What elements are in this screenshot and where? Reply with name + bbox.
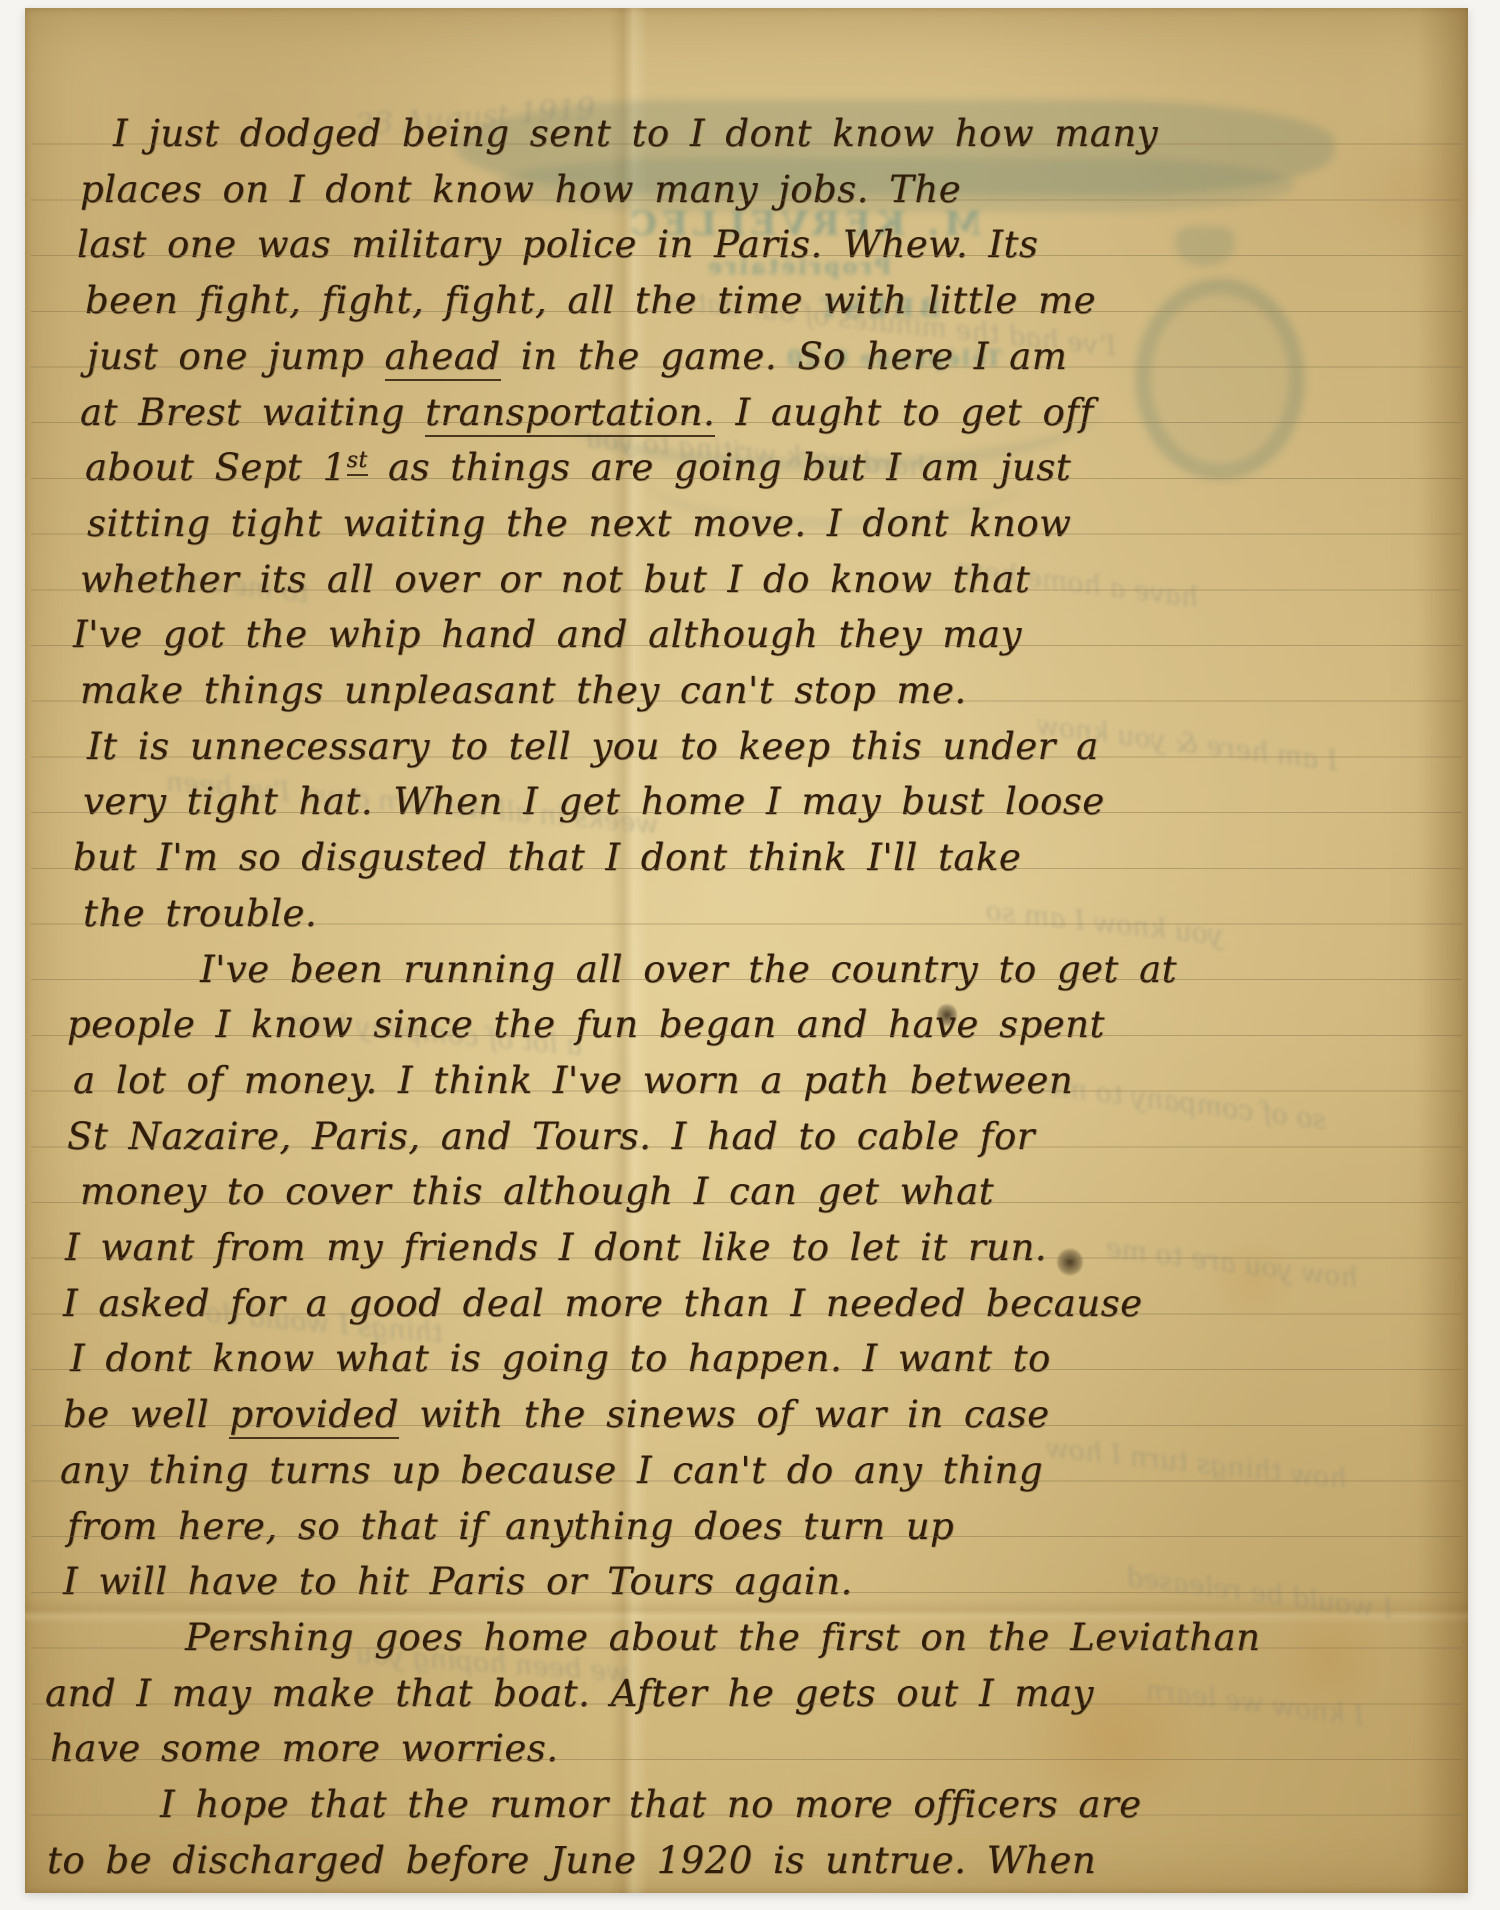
letter-text: been fight, fight, fight, all the time w… (85, 279, 1096, 322)
letter-text: a lot of money. I think I've worn a path… (73, 1059, 1073, 1102)
letter-line: have some more worries. (50, 1727, 558, 1770)
letter-text: It is unnecessary to tell you to keep th… (87, 725, 1099, 768)
letter-text: very tight hat. When I get home I may bu… (83, 780, 1105, 823)
letter-page: M. KERVELLEC Propriétaire BREST Téléphon… (25, 8, 1468, 1893)
letter-scan: M. KERVELLEC Propriétaire BREST Téléphon… (0, 0, 1500, 1910)
letter-line: last one was military police in Paris. W… (77, 223, 1038, 266)
letter-text: I just dodged being sent to I dont know … (113, 112, 1158, 155)
letter-text: I dont know what is going to happen. I w… (70, 1337, 1051, 1380)
letter-line: any thing turns up because I can't do an… (60, 1449, 1043, 1492)
letter-line: about Sept 1st as things are going but I… (85, 446, 1071, 489)
letter-text: ahead (385, 335, 501, 381)
letter-text: st (347, 448, 368, 476)
scan-margin-top (0, 0, 1500, 8)
letter-line: I've been running all over the country t… (200, 948, 1177, 991)
letter-text: but I'm so disgusted that I dont think I… (73, 836, 1021, 879)
letter-text: be well (63, 1393, 229, 1436)
letter-text: about Sept 1 (85, 446, 347, 489)
letter-line: but I'm so disgusted that I dont think I… (73, 836, 1021, 879)
letter-text: Pershing goes home about the first on th… (185, 1616, 1260, 1659)
letter-body: I just dodged being sent to I dont know … (25, 8, 1468, 1893)
letter-line: a lot of money. I think I've worn a path… (73, 1059, 1073, 1102)
letter-text: and I may make that boat. After he gets … (45, 1672, 1094, 1715)
letter-text: money to cover this although I can get w… (80, 1170, 994, 1213)
letter-text: make things unpleasant they can't stop m… (80, 669, 967, 712)
letter-line: I will have to hit Paris or Tours again. (63, 1560, 853, 1603)
letter-text: places on I dont know how many jobs. The (80, 168, 961, 211)
letter-text: the trouble. (83, 892, 317, 935)
letter-line: sitting tight waiting the next move. I d… (87, 502, 1071, 545)
letter-line: places on I dont know how many jobs. The (80, 168, 961, 211)
scan-margin-bottom (0, 1893, 1500, 1910)
letter-line: been fight, fight, fight, all the time w… (85, 279, 1096, 322)
letter-line: the trouble. (83, 892, 317, 935)
letter-line: from here, so that if anything does turn… (67, 1505, 954, 1548)
letter-line: I hope that the rumor that no more offic… (160, 1783, 1142, 1826)
letter-line: whether its all over or not but I do kno… (80, 558, 1030, 601)
letter-text: with the sinews of war in case (399, 1393, 1050, 1436)
letter-text: I will have to hit Paris or Tours again. (63, 1560, 853, 1603)
letter-text: I've been running all over the country t… (200, 948, 1177, 991)
letter-text: from here, so that if anything does turn… (67, 1505, 954, 1548)
letter-text: whether its all over or not but I do kno… (80, 558, 1030, 601)
letter-line: at Brest waiting transportation. I aught… (80, 391, 1094, 434)
letter-text: people I know since the fun began and ha… (67, 1003, 1105, 1046)
letter-text: St Nazaire, Paris, and Tours. I had to c… (67, 1115, 1035, 1158)
letter-line: be well provided with the sinews of war … (63, 1393, 1050, 1436)
letter-line: I just dodged being sent to I dont know … (113, 112, 1158, 155)
letter-line: St Nazaire, Paris, and Tours. I had to c… (67, 1115, 1035, 1158)
letter-line: I dont know what is going to happen. I w… (70, 1337, 1051, 1380)
letter-text: provided (229, 1393, 399, 1439)
letter-line: to be discharged before June 1920 is unt… (47, 1839, 1096, 1882)
letter-line: just one jump ahead in the game. So here… (87, 335, 1067, 378)
letter-text: sitting tight waiting the next move. I d… (87, 502, 1071, 545)
letter-text: transportation. (425, 391, 715, 437)
letter-text: I hope that the rumor that no more offic… (160, 1783, 1142, 1826)
letter-text: as things are going but I am just (368, 446, 1071, 489)
scan-margin-right (1468, 0, 1500, 1910)
letter-line: and I may make that boat. After he gets … (45, 1672, 1094, 1715)
letter-line: very tight hat. When I get home I may bu… (83, 780, 1105, 823)
letter-text: have some more worries. (50, 1727, 558, 1770)
letter-line: Pershing goes home about the first on th… (185, 1616, 1260, 1659)
scan-margin-left (0, 0, 25, 1910)
letter-text: last one was military police in Paris. W… (77, 223, 1038, 266)
letter-line: I want from my friends I dont like to le… (65, 1226, 1047, 1269)
letter-text: in the game. So here I am (501, 335, 1068, 378)
letter-line: It is unnecessary to tell you to keep th… (87, 725, 1099, 768)
letter-text: I've got the whip hand and although they… (73, 613, 1022, 656)
letter-text: to be discharged before June 1920 is unt… (47, 1839, 1096, 1882)
letter-text: I want from my friends I dont like to le… (65, 1226, 1047, 1269)
letter-text: I asked for a good deal more than I need… (63, 1282, 1143, 1325)
letter-text: I aught to get off (715, 391, 1093, 434)
letter-line: money to cover this although I can get w… (80, 1170, 994, 1213)
letter-line: make things unpleasant they can't stop m… (80, 669, 967, 712)
letter-line: I asked for a good deal more than I need… (63, 1282, 1143, 1325)
letter-text: any thing turns up because I can't do an… (60, 1449, 1043, 1492)
letter-line: people I know since the fun began and ha… (67, 1003, 1105, 1046)
letter-text: just one jump (87, 335, 385, 378)
letter-line: I've got the whip hand and although they… (73, 613, 1022, 656)
letter-text: at Brest waiting (80, 391, 425, 434)
